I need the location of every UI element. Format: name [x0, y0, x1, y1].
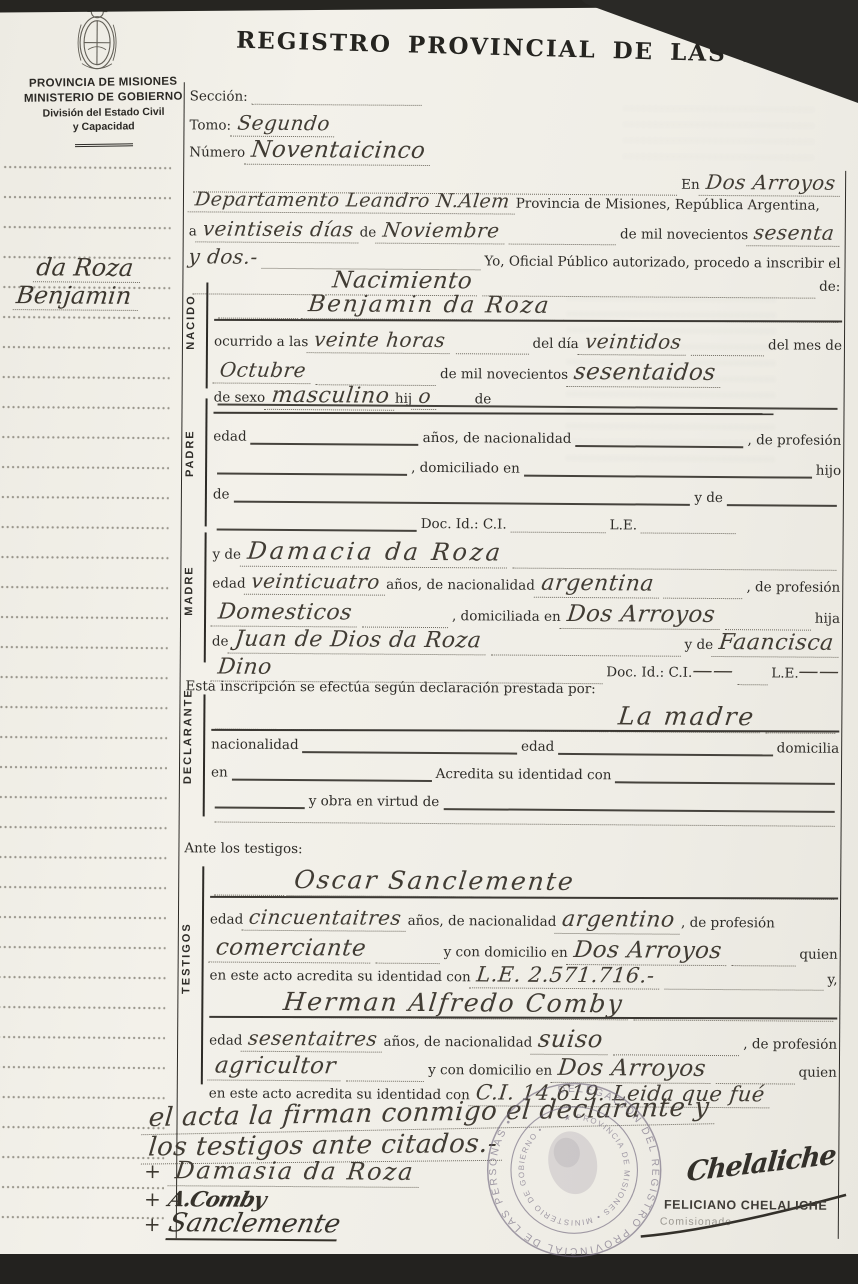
heavy-rule	[210, 896, 838, 900]
mes-value: Octubre	[212, 358, 313, 385]
declarante-datos-line: nacionalidad edad domicilia	[211, 736, 839, 756]
profesion-label: , de profesión	[747, 432, 841, 449]
testigo2-profesion-value: agricultor	[207, 1052, 343, 1081]
heavy-rule	[213, 412, 773, 415]
nacido-section-label: NACIDO	[185, 294, 197, 349]
doc-label: Doc. Id.: C.I.	[606, 664, 692, 681]
testigo1-nacionalidad-value: argentino	[555, 907, 683, 935]
departamento-value: Departamento Leandro N.Alem	[188, 188, 517, 214]
scanned-form: REGISTRO PROVINCIAL DE LAS PERSONAS 7 PR…	[0, 0, 858, 1254]
mes-de-label: del mes de	[768, 337, 842, 354]
declarante-blank-line	[211, 818, 839, 826]
declarante-obra-line: y obra en virtud de	[211, 792, 839, 812]
declarante-bracket	[203, 694, 206, 816]
margin-ruled-lines	[0, 165, 171, 1246]
anio-value: sesenta	[747, 220, 842, 247]
firma-testigo1-line: + Sanclemente	[144, 1208, 484, 1242]
en-label: En	[681, 177, 700, 193]
padre-domicilio-line: , domiciliado en hijo	[213, 458, 841, 478]
dotted-leader	[512, 565, 836, 571]
padre-section-label: PADRE	[184, 429, 196, 477]
anio-value: sesentaidos	[567, 359, 724, 388]
struck-blank	[443, 805, 834, 813]
testigos-bracket	[201, 866, 205, 1084]
anios-label: años, de nacionalidad	[384, 1034, 533, 1051]
dotted-leader	[511, 529, 606, 534]
departamento-line: Departamento Leandro N.Alem Provincia de…	[189, 188, 841, 217]
struck-blank	[217, 470, 407, 476]
issuing-office-block: PROVINCIA DE MISIONES MINISTERIO DE GOBI…	[21, 75, 186, 153]
madre-name-value: Damacia da Roza	[239, 537, 510, 569]
struck-blank	[217, 526, 417, 532]
margin-index-surname: da Roza	[33, 253, 143, 283]
mes-value: Noviembre	[375, 218, 507, 245]
madre-section-label: MADRE	[183, 565, 195, 615]
tomo-label: Tomo:	[189, 117, 231, 133]
anios-label: años, de nacionalidad	[423, 430, 572, 447]
doc-dash: ——	[691, 658, 735, 682]
nacido-name-line: Benjamin da Roza	[214, 290, 842, 322]
numero-value: Noventaicinco	[244, 137, 433, 166]
profesion-label: , de profesión	[681, 915, 775, 932]
declarante-intro-line: Esta inscripción se efectúa según declar…	[186, 678, 838, 699]
madre-domicilio-line: Domesticos , domiciliada en Dos Arroyos …	[212, 598, 840, 630]
edad-value: veinticuatro	[244, 569, 387, 596]
hijo-label: hijo	[816, 463, 841, 479]
struck-blank	[558, 750, 772, 756]
heavy-rule	[214, 319, 842, 323]
oficial-name: FELICIANO CHELALICHE	[664, 1198, 827, 1213]
y-de-label: y de	[212, 546, 241, 562]
register-page: REGISTRO PROVINCIAL DE LAS PERSONAS 7 PR…	[0, 0, 858, 1254]
testigo1-name-line: Oscar Sanclemente	[210, 864, 838, 899]
en-label: en	[211, 764, 228, 780]
obra-label: y obra en virtud de	[309, 793, 440, 810]
dia-label: del día	[532, 336, 578, 352]
testigo1-edad-value: cincuentaitres	[242, 905, 409, 932]
domicilio-label: y con domicilio en	[428, 1062, 552, 1079]
testigo1-domicilio-value: Dos Arroyos	[566, 937, 729, 966]
quien-label: quien	[798, 1065, 836, 1081]
hija-label: hija	[815, 611, 840, 627]
profesion-value: Domesticos	[211, 599, 360, 627]
de-colon-label: de:	[819, 279, 840, 295]
cross-mark: +	[144, 1212, 161, 1236]
padre-edad-line: edad años, de nacionalidad , de profesió…	[213, 428, 841, 448]
dia-value: veintidos	[577, 329, 688, 356]
struck-blank	[234, 498, 691, 506]
form-left-border	[176, 82, 185, 1238]
oficial-title: Comisionado	[660, 1216, 732, 1229]
testigo1-profesion-value: comerciante	[208, 934, 373, 963]
domicilio-value: Dos Arroyos	[559, 601, 722, 630]
struck-blank	[215, 804, 305, 810]
domiciliada-label: , domiciliada en	[452, 608, 561, 625]
struck-blank	[727, 501, 837, 507]
dotted-leader	[456, 350, 529, 355]
struck-blank	[524, 472, 812, 479]
acredita-label: Acredita su identidad con	[436, 766, 612, 783]
testigos-intro-label: Ante los testigos:	[184, 840, 302, 857]
nacionalidad-label: nacionalidad	[211, 736, 299, 753]
testigo2-nacionalidad-value: suiso	[531, 1025, 611, 1056]
padre-abuelos-line: de y de	[213, 486, 841, 506]
edad-label: edad	[210, 911, 243, 927]
novecientos-label: de mil novecientos	[440, 366, 568, 383]
hora-value: veinte horas	[307, 327, 453, 354]
dotted-leader	[663, 595, 742, 600]
testigo1-edad-line: edad cincuentaitres años, de nacionalida…	[210, 904, 838, 935]
declarante-section-label: DECLARANTE	[182, 688, 195, 784]
struck-blank	[232, 776, 432, 782]
nacido-bracket	[206, 282, 209, 388]
dotted-leader	[509, 241, 616, 246]
testigos-section-label: TESTIGOS	[180, 922, 192, 994]
edad-label: edad	[213, 428, 246, 444]
dias-value: veintiseis días	[195, 216, 361, 243]
anio-value-cont: y dos.-	[187, 244, 259, 268]
double-rule	[75, 139, 133, 147]
padre-doc-line: Doc. Id.: C.I. L.E.	[213, 514, 841, 534]
fecha-line: a veintiseis días de Noviembre de mil no…	[189, 216, 841, 247]
declarante-intro-label: Esta inscripción se efectúa según declar…	[186, 678, 596, 697]
y-de-label: y de	[694, 490, 723, 506]
numero-line: Número Noventaicinco	[189, 136, 689, 167]
declarante-identidad-line: en Acredita su identidad con	[211, 764, 839, 784]
heavy-rule	[211, 729, 839, 733]
firma-testigo1: Sanclemente	[165, 1208, 343, 1241]
declarante-por-value: La madre	[611, 701, 763, 733]
madre-name-line: y de Damacia da Roza	[212, 536, 840, 570]
novecientos-label: de mil novecientos	[620, 226, 748, 243]
acredita-label: en este acto acredita su identidad con	[210, 967, 471, 985]
anios-label: años, de nacionalidad	[408, 913, 557, 930]
margin-index-givenname: Benjamin	[13, 281, 141, 311]
struck-blank	[251, 440, 419, 446]
blank-line	[252, 101, 422, 106]
struck-blank	[615, 778, 835, 785]
cross-mark: +	[144, 1159, 161, 1183]
domiciliado-label: , domiciliado en	[411, 460, 520, 477]
madre-edad-line: edad veinticuatro años, de nacionalidad …	[212, 568, 840, 599]
edad-label: edad	[521, 739, 554, 755]
edad-label: edad	[212, 575, 245, 591]
domicilio-label: y con domicilio en	[444, 944, 568, 961]
seccion-label: Sección:	[190, 88, 248, 104]
nacido-name-value: Benjamin da Roza	[301, 291, 558, 321]
profesion-label: , de profesión	[746, 579, 840, 596]
testigo1-doc-value: L.E. 2.571.716.-	[469, 962, 662, 989]
madre-abuelos-line: de Juan de Dios da Roza y de Faancisca	[212, 626, 840, 657]
le-dash: ——	[797, 659, 841, 683]
numero-label: Número	[189, 144, 245, 160]
testigos-intro-line: Ante los testigos:	[184, 840, 584, 859]
abuelo-value: Juan de Dios da Roza	[227, 627, 488, 656]
abuela-value: Faancisca	[712, 630, 842, 658]
provincia-label: Provincia de Misiones, República Argenti…	[516, 196, 820, 214]
seccion-line: Sección:	[190, 88, 590, 107]
nacionalidad-value: argentina	[533, 571, 661, 599]
org-line: y Capacidad	[22, 119, 186, 135]
spacer	[441, 408, 471, 411]
dotted-leader	[215, 819, 835, 827]
org-line: División del Estado Civil	[21, 105, 185, 121]
oficial-signature: Chelaliche	[685, 1139, 837, 1188]
de-label: de	[213, 486, 230, 502]
le-label: L.E.	[610, 517, 638, 533]
doc-label: Doc. Id.: C.I.	[421, 516, 507, 533]
quien-label: quien	[799, 947, 837, 963]
le-label: L.E.	[771, 665, 799, 681]
dotted-leader	[641, 529, 736, 534]
ocurrido-label: ocurrido a las	[214, 333, 308, 350]
testigo2-edad-value: sesentaitres	[241, 1026, 385, 1053]
de-label: de	[212, 633, 229, 649]
edad-label: edad	[209, 1032, 242, 1048]
madre-bracket	[204, 532, 207, 662]
struck-blank	[303, 748, 517, 754]
profesion-label: , de profesión	[743, 1036, 837, 1053]
spacer	[495, 408, 575, 412]
anios-label: años, de nacionalidad	[386, 577, 535, 594]
y-label: y,	[827, 972, 837, 988]
dotted-leader	[691, 352, 764, 357]
tomo-value: Segundo	[230, 111, 337, 138]
testigo2-edad-line: edad sesentaitres años, de nacionalidad …	[209, 1022, 837, 1056]
nacido-hora-line: ocurrido a las veinte horas del día vein…	[214, 326, 842, 356]
firma-declarante: Damasia da Roza	[167, 1156, 422, 1188]
padre-bracket	[205, 398, 208, 526]
tomo-line: Tomo: Segundo	[189, 110, 589, 139]
y-de-label: y de	[684, 637, 713, 653]
testigo1-name-value: Oscar Sanclemente	[286, 865, 582, 898]
domicilia-label: domicilia	[777, 740, 840, 756]
de-label: de	[360, 225, 377, 241]
